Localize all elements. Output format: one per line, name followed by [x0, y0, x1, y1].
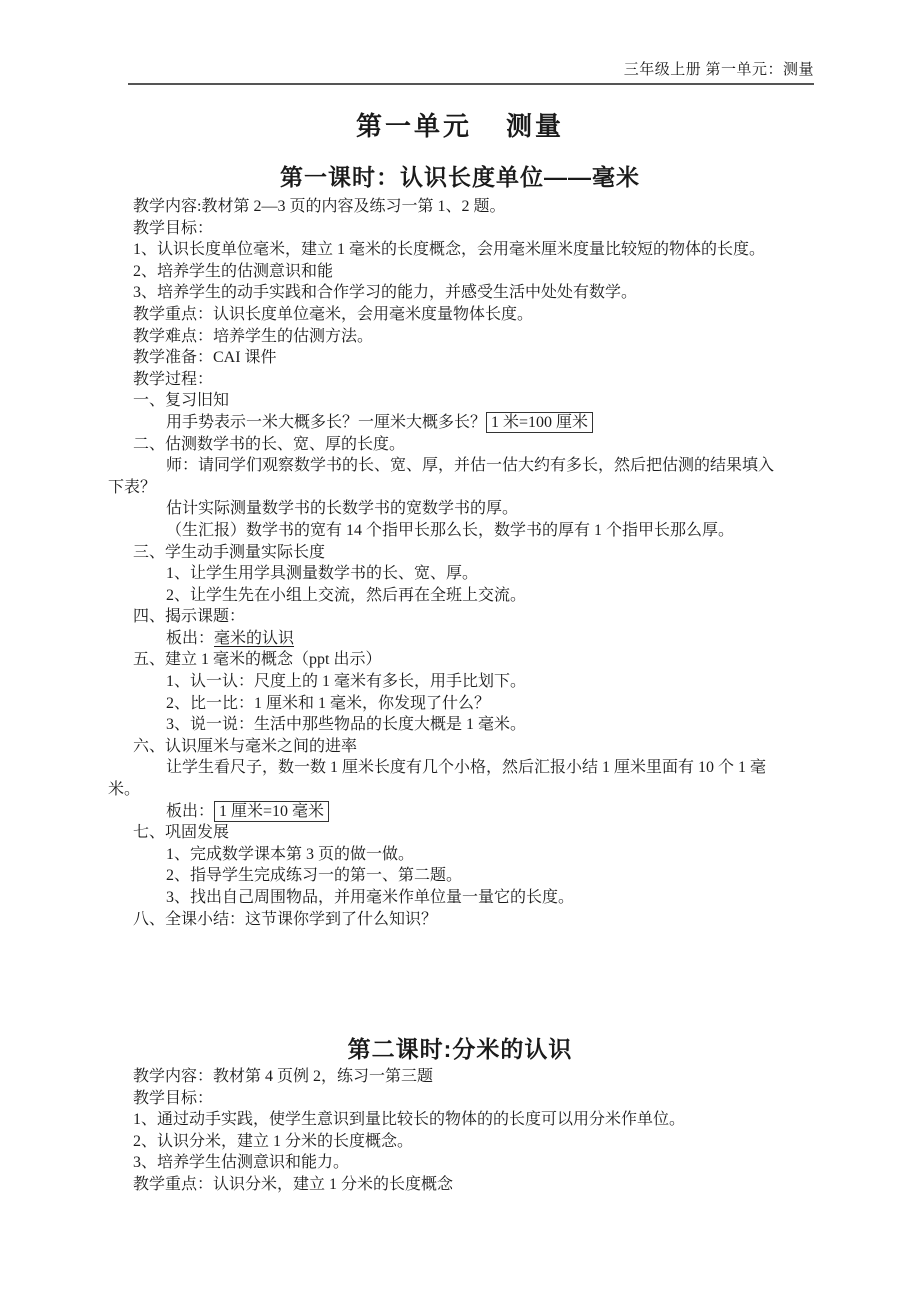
underlined-term: 毫米的认识: [214, 630, 294, 647]
text-segment: 师：请同学们观察数学书的长、宽、厚，并估一估大约有多长，然后把估测的结果填入: [166, 457, 774, 474]
text-line: 下表？: [108, 477, 830, 499]
text-segment: 1、让学生用学具测量数学书的长、宽、厚。: [166, 565, 478, 582]
text-segment: 1、认一认：尺度上的 1 毫米有多长，用手比划下。: [166, 673, 526, 690]
text-line: 教学过程：: [133, 369, 830, 391]
text-segment: 七、巩固发展: [133, 824, 229, 841]
text-segment: 一、复习旧知: [133, 392, 229, 409]
text-line: 用手势表示一米大概多长？一厘米大概多长？1 米=100 厘米: [166, 412, 830, 434]
text-line: 2、指导学生完成练习一的第一、第二题。: [166, 865, 830, 887]
text-segment: 3、培养学生的动手实践和合作学习的能力，并感受生活中处处有数学。: [133, 284, 637, 301]
text-segment: 3、说一说：生活中那些物品的长度大概是 1 毫米。: [166, 716, 526, 733]
text-line: 3、培养学生的动手实践和合作学习的能力，并感受生活中处处有数学。: [133, 282, 830, 304]
text-segment: 二、估测数学书的长、宽、厚的长度。: [133, 436, 405, 453]
text-line: 八、全课小结：这节课你学到了什么知识？: [133, 909, 830, 931]
text-segment: 1、完成数学课本第 3 页的做一做。: [166, 846, 414, 863]
text-line: 教学难点：培养学生的估测方法。: [133, 326, 830, 348]
text-segment: 1、通过动手实践，使学生意识到量比较长的物体的的长度可以用分米作单位。: [133, 1111, 685, 1128]
text-line: 3、找出自己周围物品，并用毫米作单位量一量它的长度。: [166, 887, 830, 909]
text-segment: 2、让学生先在小组上交流，然后再在全班上交流。: [166, 587, 526, 604]
text-line: 教学重点：认识长度单位毫米，会用毫米度量物体长度。: [133, 304, 830, 326]
text-line: 板出：1 厘米=10 毫米: [166, 801, 830, 823]
text-line: 三、学生动手测量实际长度: [133, 542, 830, 564]
text-line: 教学重点：认识分米，建立 1 分米的长度概念: [133, 1174, 830, 1196]
text-line: 让学生看尺子，数一数 1 厘米长度有几个小格，然后汇报小结 1 厘米里面有 10…: [166, 757, 830, 779]
text-segment: 让学生看尺子，数一数 1 厘米长度有几个小格，然后汇报小结 1 厘米里面有 10…: [166, 759, 766, 776]
text-segment: 下表？: [108, 479, 156, 496]
text-line: 七、巩固发展: [133, 822, 830, 844]
text-line: 2、让学生先在小组上交流，然后再在全班上交流。: [166, 585, 830, 607]
text-line: 1、完成数学课本第 3 页的做一做。: [166, 844, 830, 866]
text-line: 教学内容:教材第 2—3 页的内容及练习一第 1、2 题。: [133, 196, 830, 218]
lesson2-title: 第二课时:分米的认识: [0, 1031, 920, 1064]
text-segment: 教学目标：: [133, 1090, 213, 1107]
text-line: 1、通过动手实践，使学生意识到量比较长的物体的的长度可以用分米作单位。: [133, 1109, 830, 1131]
text-segment: 教学内容:教材第 2—3 页的内容及练习一第 1、2 题。: [133, 198, 505, 215]
text-segment: 用手势表示一米大概多长？一厘米大概多长？: [166, 414, 486, 431]
text-line: 2、培养学生的估测意识和能: [133, 261, 830, 283]
running-header-text: 三年级上册 第一单元：测量: [624, 62, 814, 78]
text-line: 二、估测数学书的长、宽、厚的长度。: [133, 434, 830, 456]
text-line: 教学内容：教材第 4 页例 2，练习一第三题: [133, 1066, 830, 1088]
text-segment: （生汇报）数学书的宽有 14 个指甲长那么长，数学书的厚有 1 个指甲长那么厚。: [166, 522, 734, 539]
text-segment: 估计实际测量数学书的长数学书的宽数学书的厚。: [166, 500, 518, 517]
text-line: 估计实际测量数学书的长数学书的宽数学书的厚。: [166, 498, 830, 520]
text-segment: 2、比一比：1 厘米和 1 毫米，你发现了什么？: [166, 695, 490, 712]
running-header: 三年级上册 第一单元：测量: [128, 58, 814, 85]
text-line: 1、认识长度单位毫米，建立 1 毫米的长度概念，会用毫米厘米度量比较短的物体的长…: [133, 239, 830, 261]
text-segment: 2、指导学生完成练习一的第一、第二题。: [166, 867, 462, 884]
text-line: 一、复习旧知: [133, 390, 830, 412]
text-segment: 教学内容：教材第 4 页例 2，练习一第三题: [133, 1068, 433, 1085]
text-segment: 3、培养学生估测意识和能力。: [133, 1154, 349, 1171]
lesson1-title: 第一课时：认识长度单位——毫米: [0, 159, 920, 192]
text-line: 3、培养学生估测意识和能力。: [133, 1152, 830, 1174]
boxed-formula: 1 米=100 厘米: [486, 412, 593, 433]
text-segment: 六、认识厘米与毫米之间的进率: [133, 738, 357, 755]
text-line: 板出：毫米的认识: [166, 628, 830, 650]
text-segment: 1、认识长度单位毫米，建立 1 毫米的长度概念，会用毫米厘米度量比较短的物体的长…: [133, 241, 765, 258]
text-line: 六、认识厘米与毫米之间的进率: [133, 736, 830, 758]
text-segment: 八、全课小结：这节课你学到了什么知识？: [133, 911, 437, 928]
text-line: 师：请同学们观察数学书的长、宽、厚，并估一估大约有多长，然后把估测的结果填入: [166, 455, 830, 477]
lesson1-body: 教学内容:教材第 2—3 页的内容及练习一第 1、2 题。教学目标：1、认识长度…: [100, 196, 830, 930]
text-segment: 3、找出自己周围物品，并用毫米作单位量一量它的长度。: [166, 889, 574, 906]
text-segment: 五、建立 1 毫米的概念（ppt 出示）: [133, 651, 381, 668]
text-line: （生汇报）数学书的宽有 14 个指甲长那么长，数学书的厚有 1 个指甲长那么厚。: [166, 520, 830, 542]
boxed-formula: 1 厘米=10 毫米: [214, 801, 329, 822]
unit-title: 第一单元测量: [0, 106, 920, 143]
lesson2-body: 教学内容：教材第 4 页例 2，练习一第三题教学目标：1、通过动手实践，使学生意…: [100, 1066, 830, 1196]
text-segment: 板出：: [166, 630, 214, 647]
text-segment: 四、揭示课题：: [133, 608, 245, 625]
text-segment: 教学重点：认识分米，建立 1 分米的长度概念: [133, 1176, 453, 1193]
text-segment: 2、培养学生的估测意识和能: [133, 263, 333, 280]
text-segment: 米。: [108, 781, 140, 798]
text-segment: 教学重点：认识长度单位毫米，会用毫米度量物体长度。: [133, 306, 533, 323]
text-segment: 教学准备：CAI 课件: [133, 349, 277, 366]
text-line: 教学准备：CAI 课件: [133, 347, 830, 369]
text-line: 1、让学生用学具测量数学书的长、宽、厚。: [166, 563, 830, 585]
text-segment: 教学目标：: [133, 220, 213, 237]
document-page: 三年级上册 第一单元：测量 第一单元测量 第一课时：认识长度单位——毫米 教学内…: [0, 0, 920, 1302]
text-segment: 板出：: [166, 803, 214, 820]
unit-title-part1: 第一单元: [356, 112, 472, 141]
text-segment: 2、认识分米，建立 1 分米的长度概念。: [133, 1133, 413, 1150]
text-segment: 教学难点：培养学生的估测方法。: [133, 328, 373, 345]
text-line: 2、比一比：1 厘米和 1 毫米，你发现了什么？: [166, 693, 830, 715]
text-line: 3、说一说：生活中那些物品的长度大概是 1 毫米。: [166, 714, 830, 736]
unit-title-part2: 测量: [506, 112, 564, 141]
text-line: 2、认识分米，建立 1 分米的长度概念。: [133, 1131, 830, 1153]
text-segment: 三、学生动手测量实际长度: [133, 544, 325, 561]
text-line: 1、认一认：尺度上的 1 毫米有多长，用手比划下。: [166, 671, 830, 693]
text-line: 教学目标：: [133, 1088, 830, 1110]
text-line: 四、揭示课题：: [133, 606, 830, 628]
text-segment: 教学过程：: [133, 371, 213, 388]
text-line: 教学目标：: [133, 218, 830, 240]
text-line: 米。: [108, 779, 830, 801]
text-line: 五、建立 1 毫米的概念（ppt 出示）: [133, 649, 830, 671]
